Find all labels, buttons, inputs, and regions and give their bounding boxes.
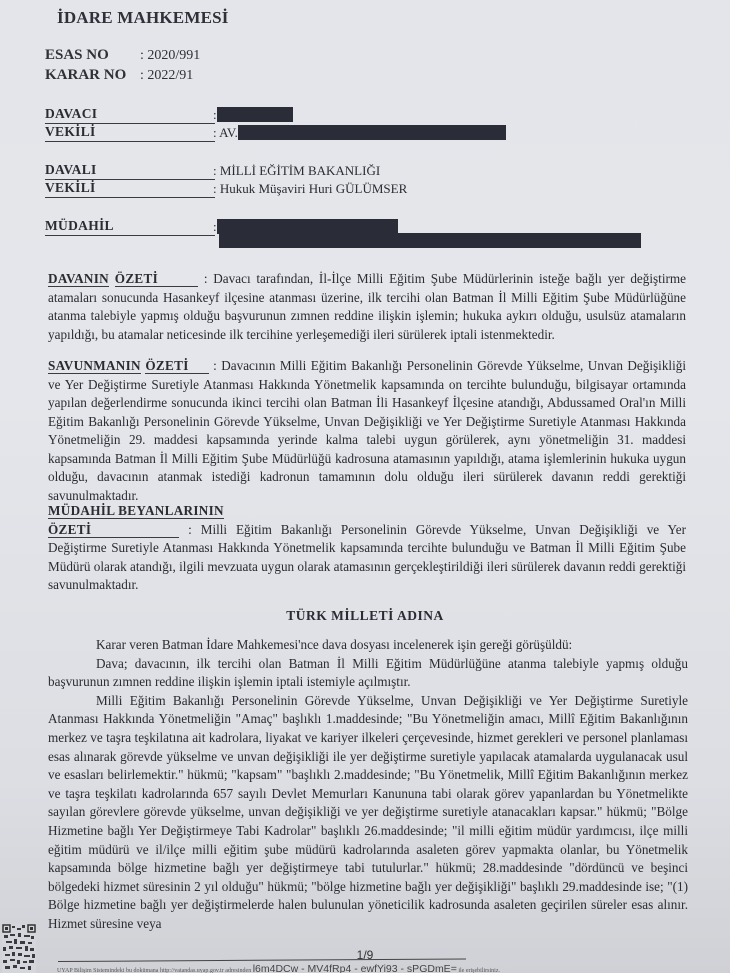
savunmanin-ozeti-heading-1: SAVUNMANIN [48, 358, 141, 374]
mudahil-label: MÜDAHİL [45, 218, 215, 236]
karar-no-row: KARAR NO: 2022/91 [45, 67, 193, 84]
footer-access-code: l6m4DCw - MV4fRp4 - ewfYi93 - sPGDmE= [253, 963, 457, 973]
redacted-block [238, 125, 506, 140]
davali-vekili-label: VEKİLİ [45, 180, 215, 198]
davaci-vekili-label: VEKİLİ [45, 124, 215, 142]
davaci-vekili-value: : AV. [213, 125, 238, 140]
karar-no-value: : 2022/91 [140, 68, 193, 83]
court-decision-page: İDARE MAHKEMESİ ESAS NO: 2020/991 KARAR … [0, 0, 730, 973]
davanin-ozeti-heading-1: DAVANIN [48, 271, 109, 287]
karar-no-label: KARAR NO [45, 67, 140, 84]
mudahil-heading-1: MÜDAHİL BEYANLARININ [48, 503, 224, 519]
redacted-block [217, 219, 398, 234]
esas-no-value: : 2020/991 [140, 48, 200, 63]
savunmanin-ozeti-section: SAVUNMANIN ÖZETİ : Davacının Milli Eğiti… [48, 357, 686, 505]
redacted-block [219, 233, 641, 248]
footer-access-info: UYAP Bilişim Sistemindeki bu dokümana ht… [57, 963, 500, 973]
esas-no-row: ESAS NO: 2020/991 [45, 47, 200, 64]
footer-access-text: UYAP Bilişim Sistemindeki bu dokümana ht… [57, 968, 251, 973]
davanin-ozeti-heading-2: ÖZETİ [115, 271, 198, 287]
footer-access-suffix: ile erişebilirsiniz. [458, 968, 500, 973]
verdict-body: Karar veren Batman İdare Mahkemesi'nce d… [48, 636, 688, 934]
davaci-label: DAVACI [45, 106, 215, 124]
court-title: İDARE MAHKEMESİ [57, 8, 229, 28]
savunmanin-ozeti-heading-2: ÖZETİ [145, 358, 208, 374]
davali-vekili-value: : Hukuk Müşaviri Huri GÜLÜMSER [213, 181, 407, 197]
davanin-ozeti-section: DAVANIN ÖZETİ : Davacı tarafından, İl-İl… [48, 270, 686, 344]
redacted-block [217, 107, 293, 122]
mudahil-beyanlari-section: MÜDAHİL BEYANLARININ ÖZETİ : Milli Eğiti… [48, 502, 686, 595]
mudahil-heading-2: ÖZETİ [48, 522, 179, 538]
esas-no-label: ESAS NO [45, 47, 140, 64]
verdict-paragraph: Dava; davacının, ilk tercihi olan Batman… [48, 655, 688, 692]
davali-value: : MİLLİ EĞİTİM BAKANLIĞI [213, 163, 380, 179]
davali-label: DAVALI [45, 162, 215, 180]
verdict-title: TÜRK MİLLETİ ADINA [0, 608, 730, 624]
verdict-paragraph: Milli Eğitim Bakanlığı Personelinin Göre… [48, 692, 688, 934]
verdict-paragraph: Karar veren Batman İdare Mahkemesi'nce d… [48, 636, 688, 655]
savunmanin-ozeti-text: : Davacının Milli Eğitim Bakanlığı Perso… [48, 358, 686, 503]
